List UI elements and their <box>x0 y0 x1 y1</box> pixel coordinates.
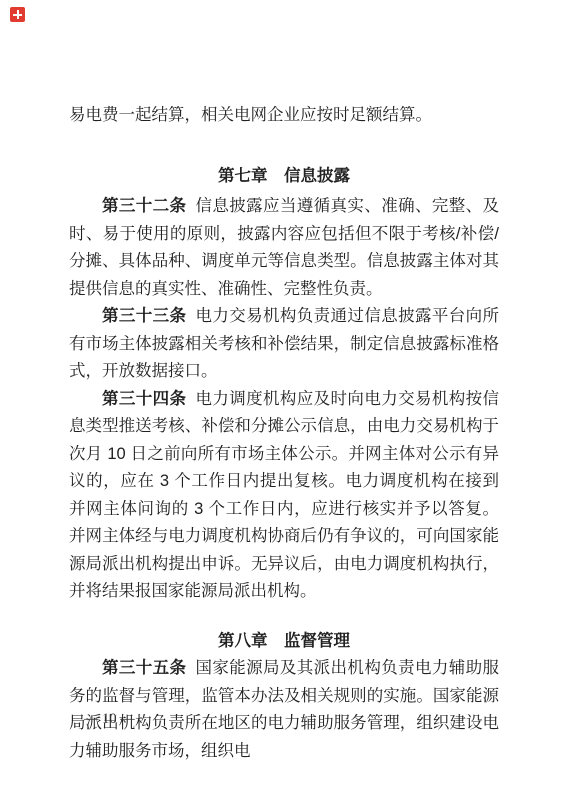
red-stamp-icon-bar <box>17 10 19 19</box>
chapter-7-heading: 第七章 信息披露 <box>69 163 499 191</box>
article-34: 第三十四条电力调度机构应及时向电力交易机构按信息类型推送考核、补偿和分摊公示信息… <box>69 386 499 606</box>
continued-paragraph: 易电费一起结算，相关电网企业应按时足额结算。 <box>69 102 499 130</box>
page-number: — 10 — <box>84 711 135 728</box>
article-32: 第三十二条信息披露应当遵循真实、准确、完整、及时、易于使用的原则，披露内容应包括… <box>69 193 499 303</box>
article-33-number: 第三十三条 <box>102 307 195 325</box>
article-35: 第三十五条国家能源局及其派出机构负责电力辅助服务的监督与管理，监管本办法及相关规… <box>69 655 499 765</box>
article-32-number: 第三十二条 <box>102 197 195 215</box>
chapter-8-heading: 第八章 监督管理 <box>69 628 499 656</box>
document-page: 易电费一起结算，相关电网企业应按时足额结算。 第七章 信息披露 第三十二条信息披… <box>0 0 566 800</box>
red-stamp-icon <box>10 7 25 22</box>
article-33: 第三十三条电力交易机构负责通过信息披露平台向所有市场主体披露相关考核和补偿结果，… <box>69 303 499 386</box>
article-34-text: 电力调度机构应及时向电力交易机构按信息类型推送考核、补偿和分摊公示信息，由电力交… <box>69 390 499 601</box>
document-body: 易电费一起结算，相关电网企业应按时足额结算。 第七章 信息披露 第三十二条信息披… <box>69 102 499 765</box>
article-35-number: 第三十五条 <box>102 659 195 677</box>
article-34-number: 第三十四条 <box>102 390 195 408</box>
